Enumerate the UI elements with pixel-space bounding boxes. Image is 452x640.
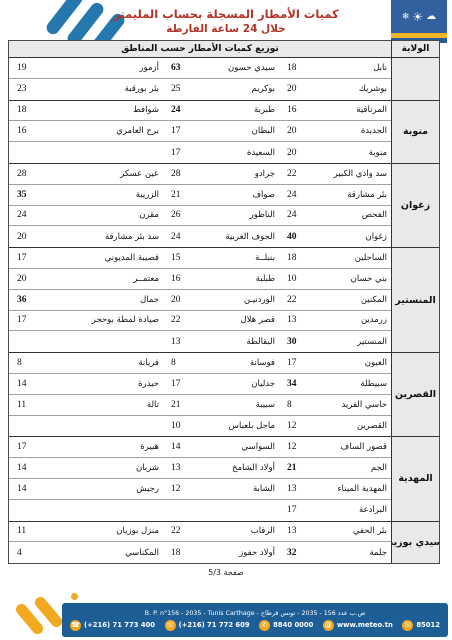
rain-value-cell: 24 bbox=[163, 101, 193, 122]
rain-value-cell: 17 bbox=[9, 437, 45, 458]
rain-value-cell: 17 bbox=[279, 353, 307, 374]
region-name-cell: سبيطلة bbox=[307, 374, 391, 395]
rain-value-cell: 25 bbox=[163, 79, 193, 100]
region-name-cell: المهدية الميناء bbox=[307, 479, 391, 500]
footer-contact-items: ☎ (+216) 71 773 400 ☏ (+216) 71 772 609 … bbox=[70, 620, 440, 631]
region-name-cell: الجم bbox=[307, 458, 391, 479]
rain-value-cell: 18 bbox=[9, 101, 45, 122]
region-name-cell: جدليان bbox=[193, 374, 279, 395]
footer-fax: ☏ (+216) 71 772 609 bbox=[165, 620, 250, 631]
phone-number: (+216) 71 773 400 bbox=[84, 621, 155, 629]
rain-value-cell: 63 bbox=[163, 58, 193, 79]
region-name-cell: بنبلــة bbox=[193, 248, 279, 269]
region-name-cell bbox=[45, 142, 163, 163]
region-name-cell: الناظور bbox=[193, 206, 279, 227]
region-name-cell bbox=[45, 500, 163, 521]
rain-value-cell: 13 bbox=[279, 522, 307, 543]
rain-value-cell: 20 bbox=[279, 121, 307, 142]
region-name-cell: عين عسكر bbox=[45, 164, 163, 185]
region-name-cell: الشابة bbox=[193, 479, 279, 500]
fax-number: (+216) 71 772 609 bbox=[179, 621, 250, 629]
region-name-cell: حاسي الفريد bbox=[307, 395, 391, 416]
region-name-cell: المكنين bbox=[307, 290, 391, 311]
rain-value-cell: 16 bbox=[163, 269, 193, 290]
rain-value-cell: 8 bbox=[163, 353, 193, 374]
rain-value-cell: 8 bbox=[279, 395, 307, 416]
region-name-cell bbox=[45, 331, 163, 352]
region-name-cell: حيدرة bbox=[45, 374, 163, 395]
wilaya-group: منوبةالمرناقية16طبربة24شوافط18الجديدة20ا… bbox=[9, 101, 439, 164]
rain-value-cell: 19 bbox=[9, 58, 45, 79]
rain-value-cell: 18 bbox=[279, 58, 307, 79]
rain-value-cell: 24 bbox=[279, 206, 307, 227]
rain-value-cell: 40 bbox=[279, 226, 307, 247]
rain-value-cell: 4 bbox=[9, 542, 45, 563]
rain-value-cell: 12 bbox=[279, 437, 307, 458]
region-name-cell: قصر هلال bbox=[193, 311, 279, 332]
region-name-cell: ماجل بلعباس bbox=[193, 416, 279, 437]
rain-value-cell: 11 bbox=[9, 522, 45, 543]
region-name-cell: الفحص bbox=[307, 206, 391, 227]
region-name-cell: الساحلين bbox=[307, 248, 391, 269]
cloud-icon: ☁ bbox=[426, 11, 436, 22]
rain-value-cell: 36 bbox=[9, 290, 45, 311]
rain-value-cell: 16 bbox=[279, 101, 307, 122]
rain-value-cell: 10 bbox=[279, 269, 307, 290]
region-name-cell: البطان bbox=[193, 121, 279, 142]
rain-value-cell: 17 bbox=[163, 142, 193, 163]
rain-value-cell: 28 bbox=[163, 164, 193, 185]
region-name-cell: بوشريك bbox=[307, 79, 391, 100]
meteo-emblem-logo: ❄ ☀ ☁ bbox=[391, 0, 447, 44]
wilaya-cell: القصرين bbox=[391, 353, 439, 436]
report-title: كميات الأمطار المسجلة بحساب المليمتر خلا… bbox=[0, 7, 452, 35]
rain-value-cell: 20 bbox=[9, 269, 45, 290]
rain-value-cell: 24 bbox=[279, 185, 307, 206]
wilaya-column-header: الولاية bbox=[391, 41, 439, 57]
page-number: صفحة 5/3 bbox=[0, 568, 452, 577]
region-name-cell: الجوف الغربية bbox=[193, 226, 279, 247]
table-body: نابل18سيدي حسون63أزمور19بوشريك20بوكريم25… bbox=[9, 58, 439, 563]
region-name-cell: الرقاب bbox=[193, 522, 279, 543]
emblem-sky-art: ❄ ☀ ☁ bbox=[391, 0, 447, 33]
region-name-cell: سيدي حسون bbox=[193, 58, 279, 79]
region-name-cell: فريانة bbox=[45, 353, 163, 374]
rain-value-cell: 26 bbox=[163, 206, 193, 227]
region-name-cell: القصرين bbox=[307, 416, 391, 437]
wilaya-cell: سيدي بوزيد bbox=[391, 522, 439, 564]
footer-sms: ✉ 85012 bbox=[402, 620, 440, 631]
region-name-cell: سد وادي الكبير bbox=[307, 164, 391, 185]
wilaya-group: المنستيرالساحلين18بنبلــة15قصيبة المديون… bbox=[9, 248, 439, 353]
region-name-cell: منزل بوزيان bbox=[45, 522, 163, 543]
rain-value-cell: 22 bbox=[279, 164, 307, 185]
region-name-cell: أولاد حفوز bbox=[193, 542, 279, 563]
region-name-cell bbox=[193, 500, 279, 521]
wilaya-group: القصرينالعيون17فوسانة8فريانة8سبيطلة34جدل… bbox=[9, 353, 439, 437]
rain-value-cell: 17 bbox=[163, 121, 193, 142]
rain-value-cell: 24 bbox=[163, 226, 193, 247]
rain-value-cell bbox=[9, 142, 45, 163]
rain-value-cell: 11 bbox=[9, 395, 45, 416]
wilaya-cell bbox=[391, 58, 439, 100]
region-name-cell: سبيبة bbox=[193, 395, 279, 416]
region-name-cell: بني حسان bbox=[307, 269, 391, 290]
wilaya-group: سيدي بوزيدبئر الحفي13الرقاب22منزل بوزيان… bbox=[9, 522, 439, 564]
rain-value-cell bbox=[163, 500, 193, 521]
region-name-cell: زرمدين bbox=[307, 311, 391, 332]
region-name-cell: رجيش bbox=[45, 479, 163, 500]
region-name-cell: شربان bbox=[45, 458, 163, 479]
rain-table: الولاية توزيع كميات الأمطار حسب المناطق … bbox=[8, 40, 440, 564]
rain-value-cell: 17 bbox=[279, 500, 307, 521]
website-url: www.meteo.tn bbox=[337, 621, 393, 629]
footer-logo-dot bbox=[71, 593, 78, 600]
region-name-cell: تالة bbox=[45, 395, 163, 416]
region-name-cell: صواف bbox=[193, 185, 279, 206]
region-name-cell: طبلبة bbox=[193, 269, 279, 290]
rain-value-cell: 22 bbox=[279, 290, 307, 311]
region-name-cell: نابل bbox=[307, 58, 391, 79]
region-name-cell: العيون bbox=[307, 353, 391, 374]
region-name-cell: برج العامري bbox=[45, 121, 163, 142]
region-name-cell: البقالطة bbox=[193, 331, 279, 352]
footer-address: B. P. n°156 - 2035 - Tunis Carthage - ص.… bbox=[70, 610, 440, 617]
region-name-cell: طبربة bbox=[193, 101, 279, 122]
rain-value-cell: 21 bbox=[163, 185, 193, 206]
report-title-line1: كميات الأمطار المسجلة بحساب المليمتر bbox=[0, 7, 452, 21]
region-name-cell bbox=[45, 416, 163, 437]
region-name-cell: صيادة لمطة بوحجر bbox=[45, 311, 163, 332]
phone-handset-icon: ✆ bbox=[259, 620, 270, 631]
region-name-cell: البرادعة bbox=[307, 500, 391, 521]
rain-value-cell: 17 bbox=[163, 374, 193, 395]
region-name-cell: بئر مشارقة bbox=[307, 185, 391, 206]
region-name-cell: منوبة bbox=[307, 142, 391, 163]
fax-icon: ☏ bbox=[165, 620, 176, 631]
rain-value-cell: 22 bbox=[163, 522, 193, 543]
region-name-cell: الوردنيـن bbox=[193, 290, 279, 311]
region-name-cell: السعيدة bbox=[193, 142, 279, 163]
sun-icon: ☀ bbox=[412, 10, 423, 24]
rain-value-cell: 13 bbox=[279, 311, 307, 332]
mail-icon: ✉ bbox=[402, 620, 413, 631]
rain-value-cell: 18 bbox=[163, 542, 193, 563]
region-name-cell: قصيبة المديوني bbox=[45, 248, 163, 269]
hotline-number: 8840 0000 bbox=[273, 621, 313, 629]
rain-value-cell: 14 bbox=[163, 437, 193, 458]
region-name-cell: زغوان bbox=[307, 226, 391, 247]
table-header-row: الولاية توزيع كميات الأمطار حسب المناطق bbox=[9, 41, 439, 58]
wilaya-cell: زغوان bbox=[391, 164, 439, 247]
region-name-cell: المكناسي bbox=[45, 542, 163, 563]
rain-value-cell: 28 bbox=[9, 164, 45, 185]
rain-value-cell: 8 bbox=[9, 353, 45, 374]
wilaya-group: زغوانسد وادي الكبير22جرادو28عين عسكر28بئ… bbox=[9, 164, 439, 248]
region-name-cell: شوافط bbox=[45, 101, 163, 122]
region-name-cell: سد بئر مشارقة bbox=[45, 226, 163, 247]
rain-value-cell: 14 bbox=[9, 479, 45, 500]
rain-value-cell: 13 bbox=[163, 331, 193, 352]
rain-value-cell: 14 bbox=[9, 458, 45, 479]
globe-icon: @ bbox=[323, 620, 334, 631]
rain-value-cell bbox=[9, 416, 45, 437]
region-name-cell: الجديدة bbox=[307, 121, 391, 142]
regions-column-header: توزيع كميات الأمطار حسب المناطق bbox=[9, 41, 391, 57]
rain-value-cell: 18 bbox=[279, 248, 307, 269]
rain-value-cell: 21 bbox=[163, 395, 193, 416]
rain-value-cell: 12 bbox=[163, 479, 193, 500]
region-name-cell: المنستير bbox=[307, 331, 391, 352]
wilaya-cell: المهدية bbox=[391, 437, 439, 520]
wilaya-group: المهديةقصور الساف12السواسي14هبيرة17الجم2… bbox=[9, 437, 439, 521]
rain-value-cell bbox=[9, 331, 45, 352]
rain-value-cell: 14 bbox=[9, 374, 45, 395]
region-name-cell: هبيرة bbox=[45, 437, 163, 458]
report-title-line2: خلال 24 ساعة الفارطة bbox=[0, 23, 452, 35]
rain-value-cell: 17 bbox=[9, 248, 45, 269]
region-name-cell: الزريبة bbox=[45, 185, 163, 206]
region-name-cell: بئر الحفي bbox=[307, 522, 391, 543]
wilaya-cell: المنستير bbox=[391, 248, 439, 352]
region-name-cell: أزمور bbox=[45, 58, 163, 79]
region-name-cell: جمال bbox=[45, 290, 163, 311]
rain-value-cell: 20 bbox=[163, 290, 193, 311]
rain-value-cell: 16 bbox=[9, 121, 45, 142]
region-name-cell: مقرن bbox=[45, 206, 163, 227]
rain-value-cell: 13 bbox=[279, 479, 307, 500]
rain-value-cell: 12 bbox=[279, 416, 307, 437]
rain-value-cell: 22 bbox=[163, 311, 193, 332]
region-name-cell: السواسي bbox=[193, 437, 279, 458]
rain-value-cell: 20 bbox=[9, 226, 45, 247]
region-name-cell: قصور الساف bbox=[307, 437, 391, 458]
rain-value-cell: 35 bbox=[9, 185, 45, 206]
region-name-cell: جلمة bbox=[307, 542, 391, 563]
sms-number: 85012 bbox=[416, 621, 440, 629]
footer-phone: ☎ (+216) 71 773 400 bbox=[70, 620, 155, 631]
footer-website: @ www.meteo.tn bbox=[323, 620, 393, 631]
footer-hotline: ✆ 8840 0000 bbox=[259, 620, 313, 631]
footer-contact-bar: B. P. n°156 - 2035 - Tunis Carthage - ص.… bbox=[62, 603, 448, 637]
rain-value-cell: 30 bbox=[279, 331, 307, 352]
rain-value-cell: 10 bbox=[163, 416, 193, 437]
rain-value-cell: 24 bbox=[9, 206, 45, 227]
region-name-cell: بوكريم bbox=[193, 79, 279, 100]
rain-value-cell: 17 bbox=[9, 311, 45, 332]
rain-value-cell: 15 bbox=[163, 248, 193, 269]
rain-value-cell: 20 bbox=[279, 79, 307, 100]
rain-value-cell: 23 bbox=[9, 79, 45, 100]
rain-value-cell: 34 bbox=[279, 374, 307, 395]
rain-value-cell bbox=[9, 500, 45, 521]
region-name-cell: أولاد الشامخ bbox=[193, 458, 279, 479]
wilaya-group: نابل18سيدي حسون63أزمور19بوشريك20بوكريم25… bbox=[9, 58, 439, 101]
region-name-cell: المرناقية bbox=[307, 101, 391, 122]
rainfall-report-page: كميات الأمطار المسجلة بحساب المليمتر خلا… bbox=[0, 0, 452, 640]
region-name-cell: معتمــر bbox=[45, 269, 163, 290]
region-name-cell: فوسانة bbox=[193, 353, 279, 374]
rain-value-cell: 13 bbox=[163, 458, 193, 479]
region-name-cell: بئر بورقبة bbox=[45, 79, 163, 100]
rain-value-cell: 32 bbox=[279, 542, 307, 563]
phone-icon: ☎ bbox=[70, 620, 81, 631]
snowflake-icon: ❄ bbox=[402, 12, 410, 22]
region-name-cell: جرادو bbox=[193, 164, 279, 185]
rain-value-cell: 21 bbox=[279, 458, 307, 479]
wilaya-cell: منوبة bbox=[391, 101, 439, 163]
rain-value-cell: 20 bbox=[279, 142, 307, 163]
